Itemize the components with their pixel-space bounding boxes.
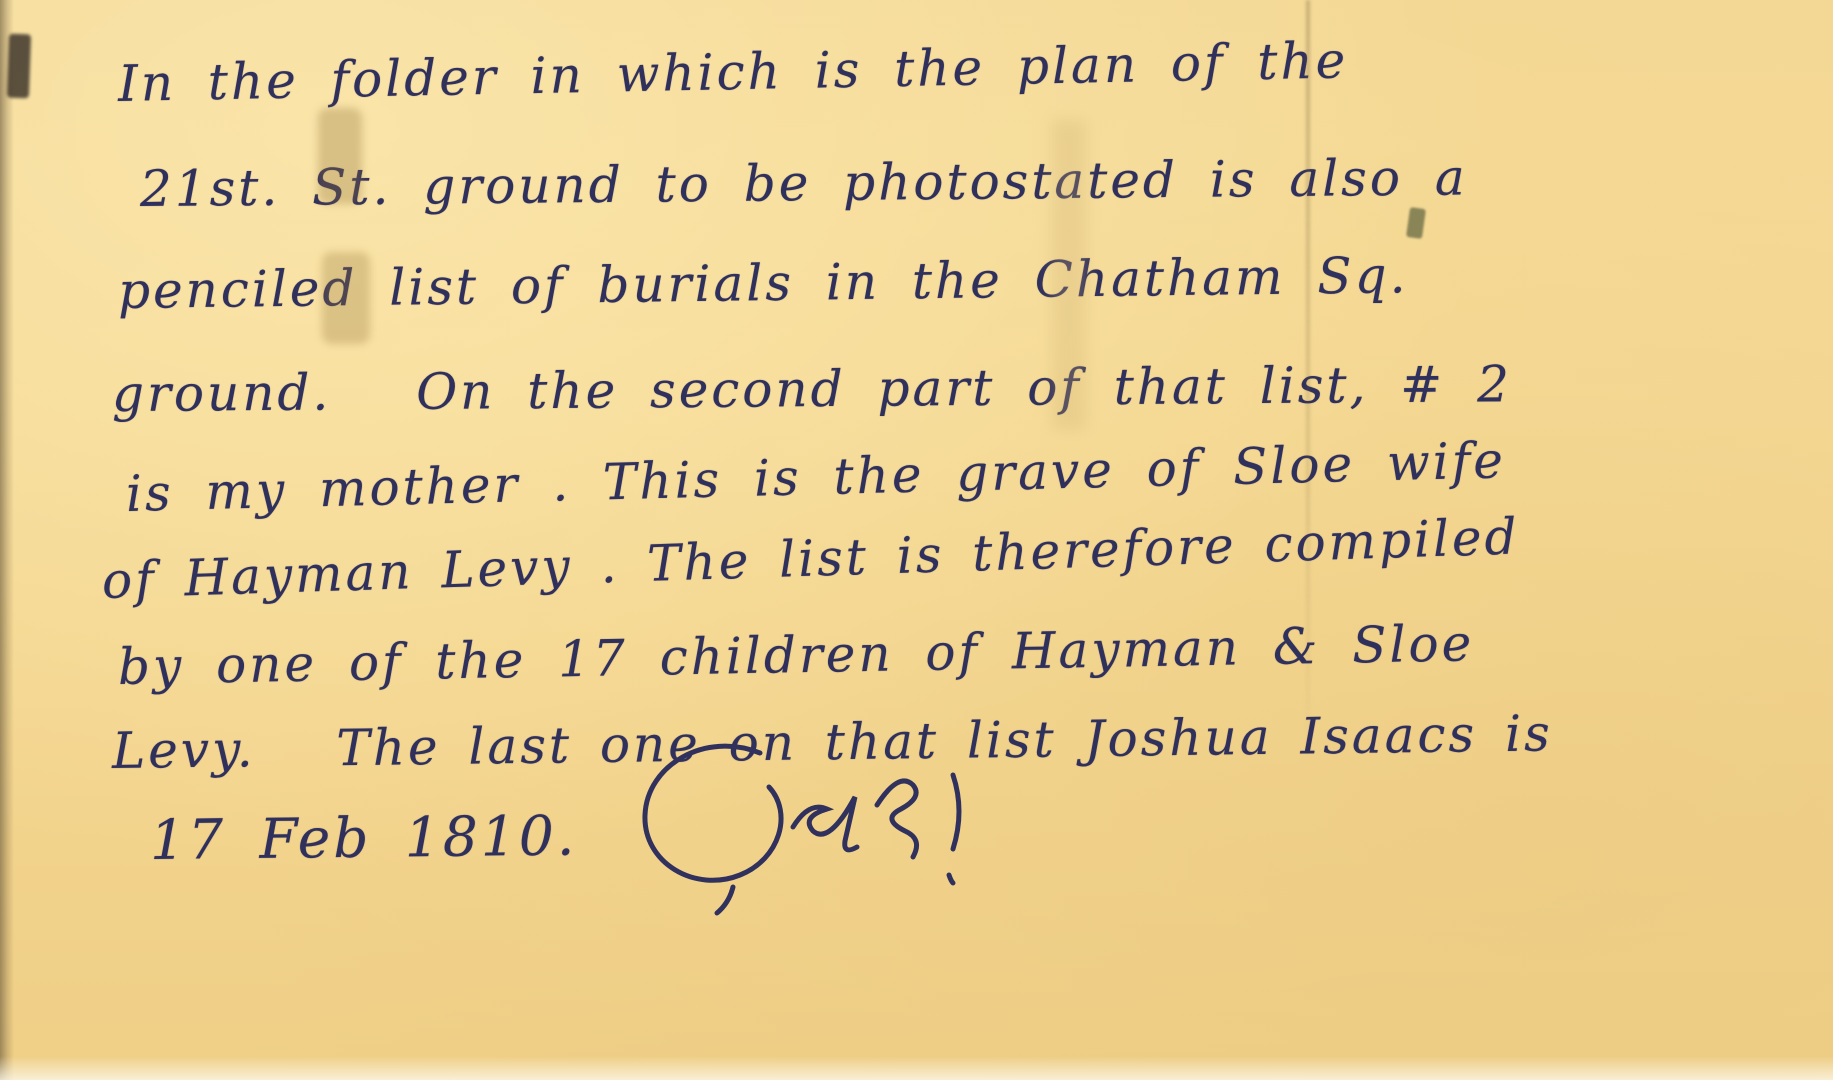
- paper-smudge-band: [1052, 120, 1086, 430]
- note-line-7: by one of the 17 children of Hayman & Sl…: [117, 614, 1474, 696]
- note-line-3: penciled list of burials in the Chatham …: [118, 246, 1409, 320]
- tape-stain-lower: [322, 252, 370, 344]
- tape-stain-upper: [318, 108, 362, 204]
- note-line-1: In the folder in which is the plan of th…: [117, 31, 1348, 113]
- handwritten-note-card: In the folder in which is the plan of th…: [0, 0, 1833, 1080]
- note-date-line: 17 Feb 1810.: [150, 804, 578, 872]
- note-line-5: is my mother . This is the grave of Sloe…: [125, 431, 1506, 523]
- signature-flourish-icon: [555, 735, 1015, 925]
- scan-bottom-edge: [0, 1056, 1833, 1080]
- corner-ink-mark: [7, 34, 31, 99]
- paper-speck: [1406, 207, 1426, 239]
- note-line-4: ground. On the second part of that list,…: [112, 355, 1512, 423]
- paper-crease-line: [1306, 0, 1310, 760]
- scan-left-edge-shadow: [0, 0, 14, 1080]
